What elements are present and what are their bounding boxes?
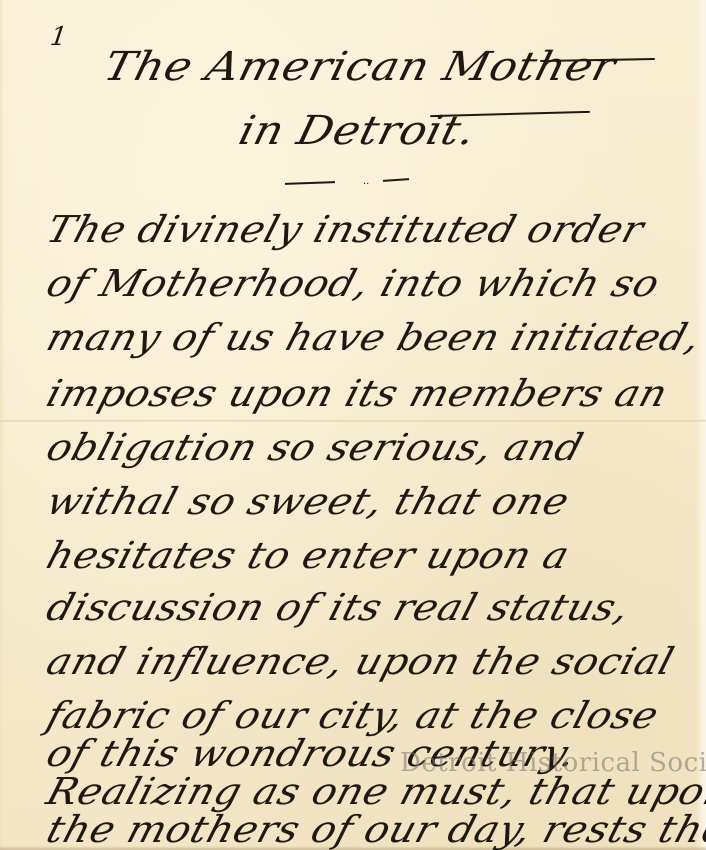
paper-left-edge (0, 0, 4, 850)
manuscript-page: 1 The American Mother in Detroit. ·· The… (0, 0, 706, 850)
body-line: the mothers of our day, rests the (42, 808, 706, 850)
separator-dash-left (285, 181, 335, 185)
body-line: imposes upon its members an (42, 372, 673, 415)
title-line-1: The American Mother (99, 44, 620, 90)
body-line: fabric of our city, at the close (42, 694, 664, 737)
paper-right-edge (696, 0, 706, 850)
body-line: hesitates to enter upon a (42, 534, 575, 577)
watermark: Detroit Historical Society (400, 748, 706, 778)
title-separator: ·· (285, 178, 425, 188)
page-number: 1 (45, 22, 72, 52)
paper-fold-line (0, 419, 706, 422)
body-line: obligation so serious, and (42, 426, 588, 469)
body-line: of Motherhood, into which so (42, 262, 665, 305)
separator-dots: ·· (363, 179, 369, 190)
body-line: and influence, upon the social (42, 640, 679, 683)
body-line: The divinely instituted order (42, 208, 649, 251)
body-line: many of us have been initiated, (42, 316, 706, 359)
body-line: withal so sweet, that one (42, 480, 574, 523)
body-line: discussion of its real status, (42, 586, 635, 629)
separator-dash-right (383, 178, 409, 182)
